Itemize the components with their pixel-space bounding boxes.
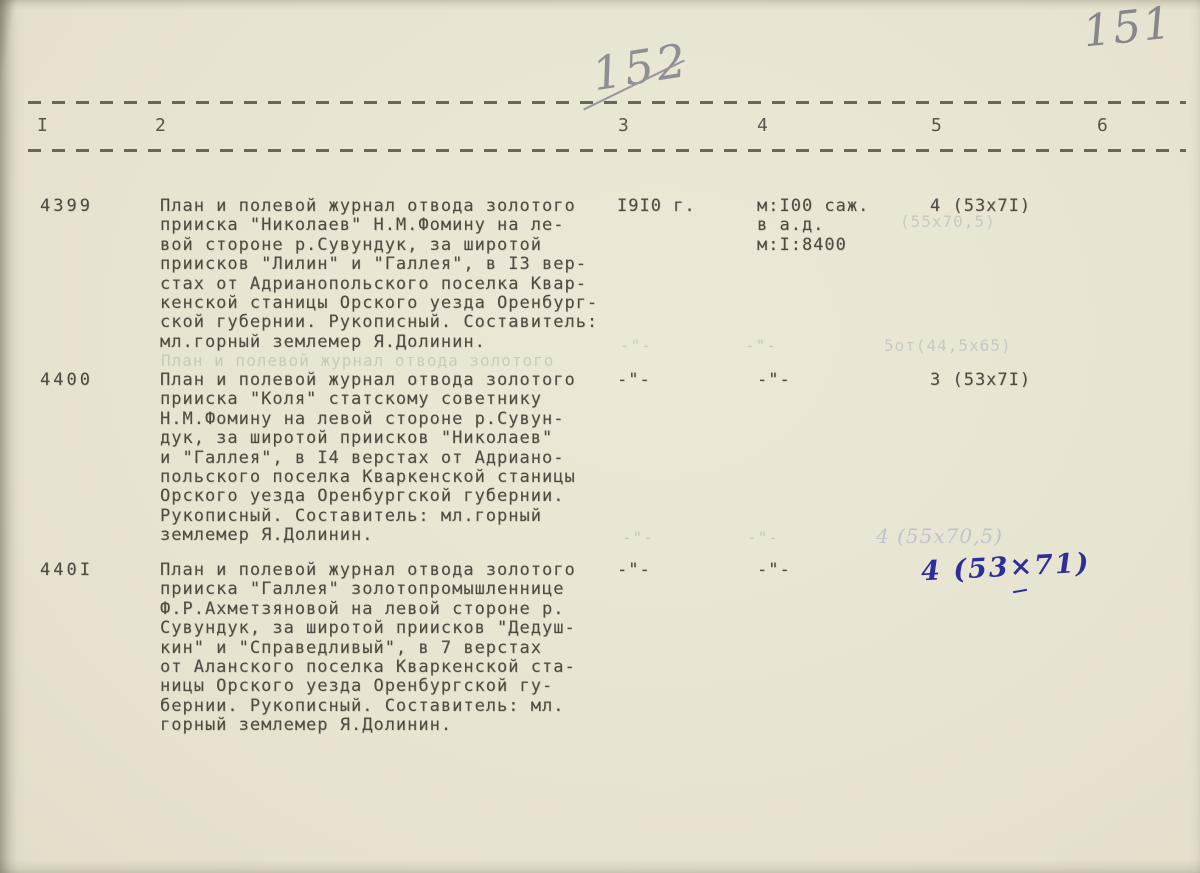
column-header-3: 3 — [618, 115, 629, 136]
entry-number: 440I — [40, 561, 93, 580]
handwritten-page-number: 151 — [1081, 0, 1176, 58]
handwritten-entry-count: 4 (53×71) — [920, 548, 1091, 588]
entry-scale: -"- — [757, 371, 791, 390]
entry-description: План и полевой журнал отвода золотого пр… — [160, 561, 630, 736]
bleed-through-handwriting: 4 (55х70,5) — [876, 524, 1003, 548]
entry-description: План и полевой журнал отвода золотого пр… — [160, 197, 630, 352]
column-header-2: 2 — [155, 115, 166, 136]
bleed-through-text: -"- — [620, 336, 652, 355]
entry-scale: -"- — [757, 561, 791, 580]
entry-description: План и полевой журнал отвода золотого пр… — [160, 371, 630, 546]
column-header-6: 6 — [1097, 115, 1108, 136]
handwritten-crossed-page-number: 152 — [588, 33, 692, 101]
ink-underline-mark — [1013, 589, 1027, 593]
entry-count: 3 (53х7I) — [930, 371, 1031, 390]
bleed-through-text: -"- — [747, 528, 779, 547]
column-header-4: 4 — [757, 115, 768, 136]
entry-number: 4399 — [40, 197, 93, 216]
bleed-through-text: -"- — [745, 336, 777, 355]
entry-date: I9I0 г. — [617, 197, 696, 216]
bleed-through-text: 5от(44,5х65) — [884, 336, 1012, 355]
table-header-dashed-rule — [28, 149, 1186, 152]
entry-number: 4400 — [40, 371, 93, 390]
archive-inventory-page: 152 151 I 2 3 4 5 6 4399 План и полевой … — [0, 0, 1200, 873]
bleed-through-text: -"- — [622, 528, 654, 547]
column-header-5: 5 — [931, 115, 942, 136]
crossed-number-text: 152 — [588, 33, 692, 101]
bleed-through-text: (55х70,5) — [900, 212, 996, 231]
entry-scale: м:I00 саж. в а.д. м:I:8400 — [757, 197, 869, 255]
column-header-1: I — [37, 115, 48, 136]
entry-date: -"- — [617, 561, 651, 580]
table-top-dashed-rule — [28, 101, 1186, 104]
entry-date: -"- — [617, 371, 651, 390]
bleed-through-text: План и полевой журнал отвода золотого — [161, 351, 554, 370]
